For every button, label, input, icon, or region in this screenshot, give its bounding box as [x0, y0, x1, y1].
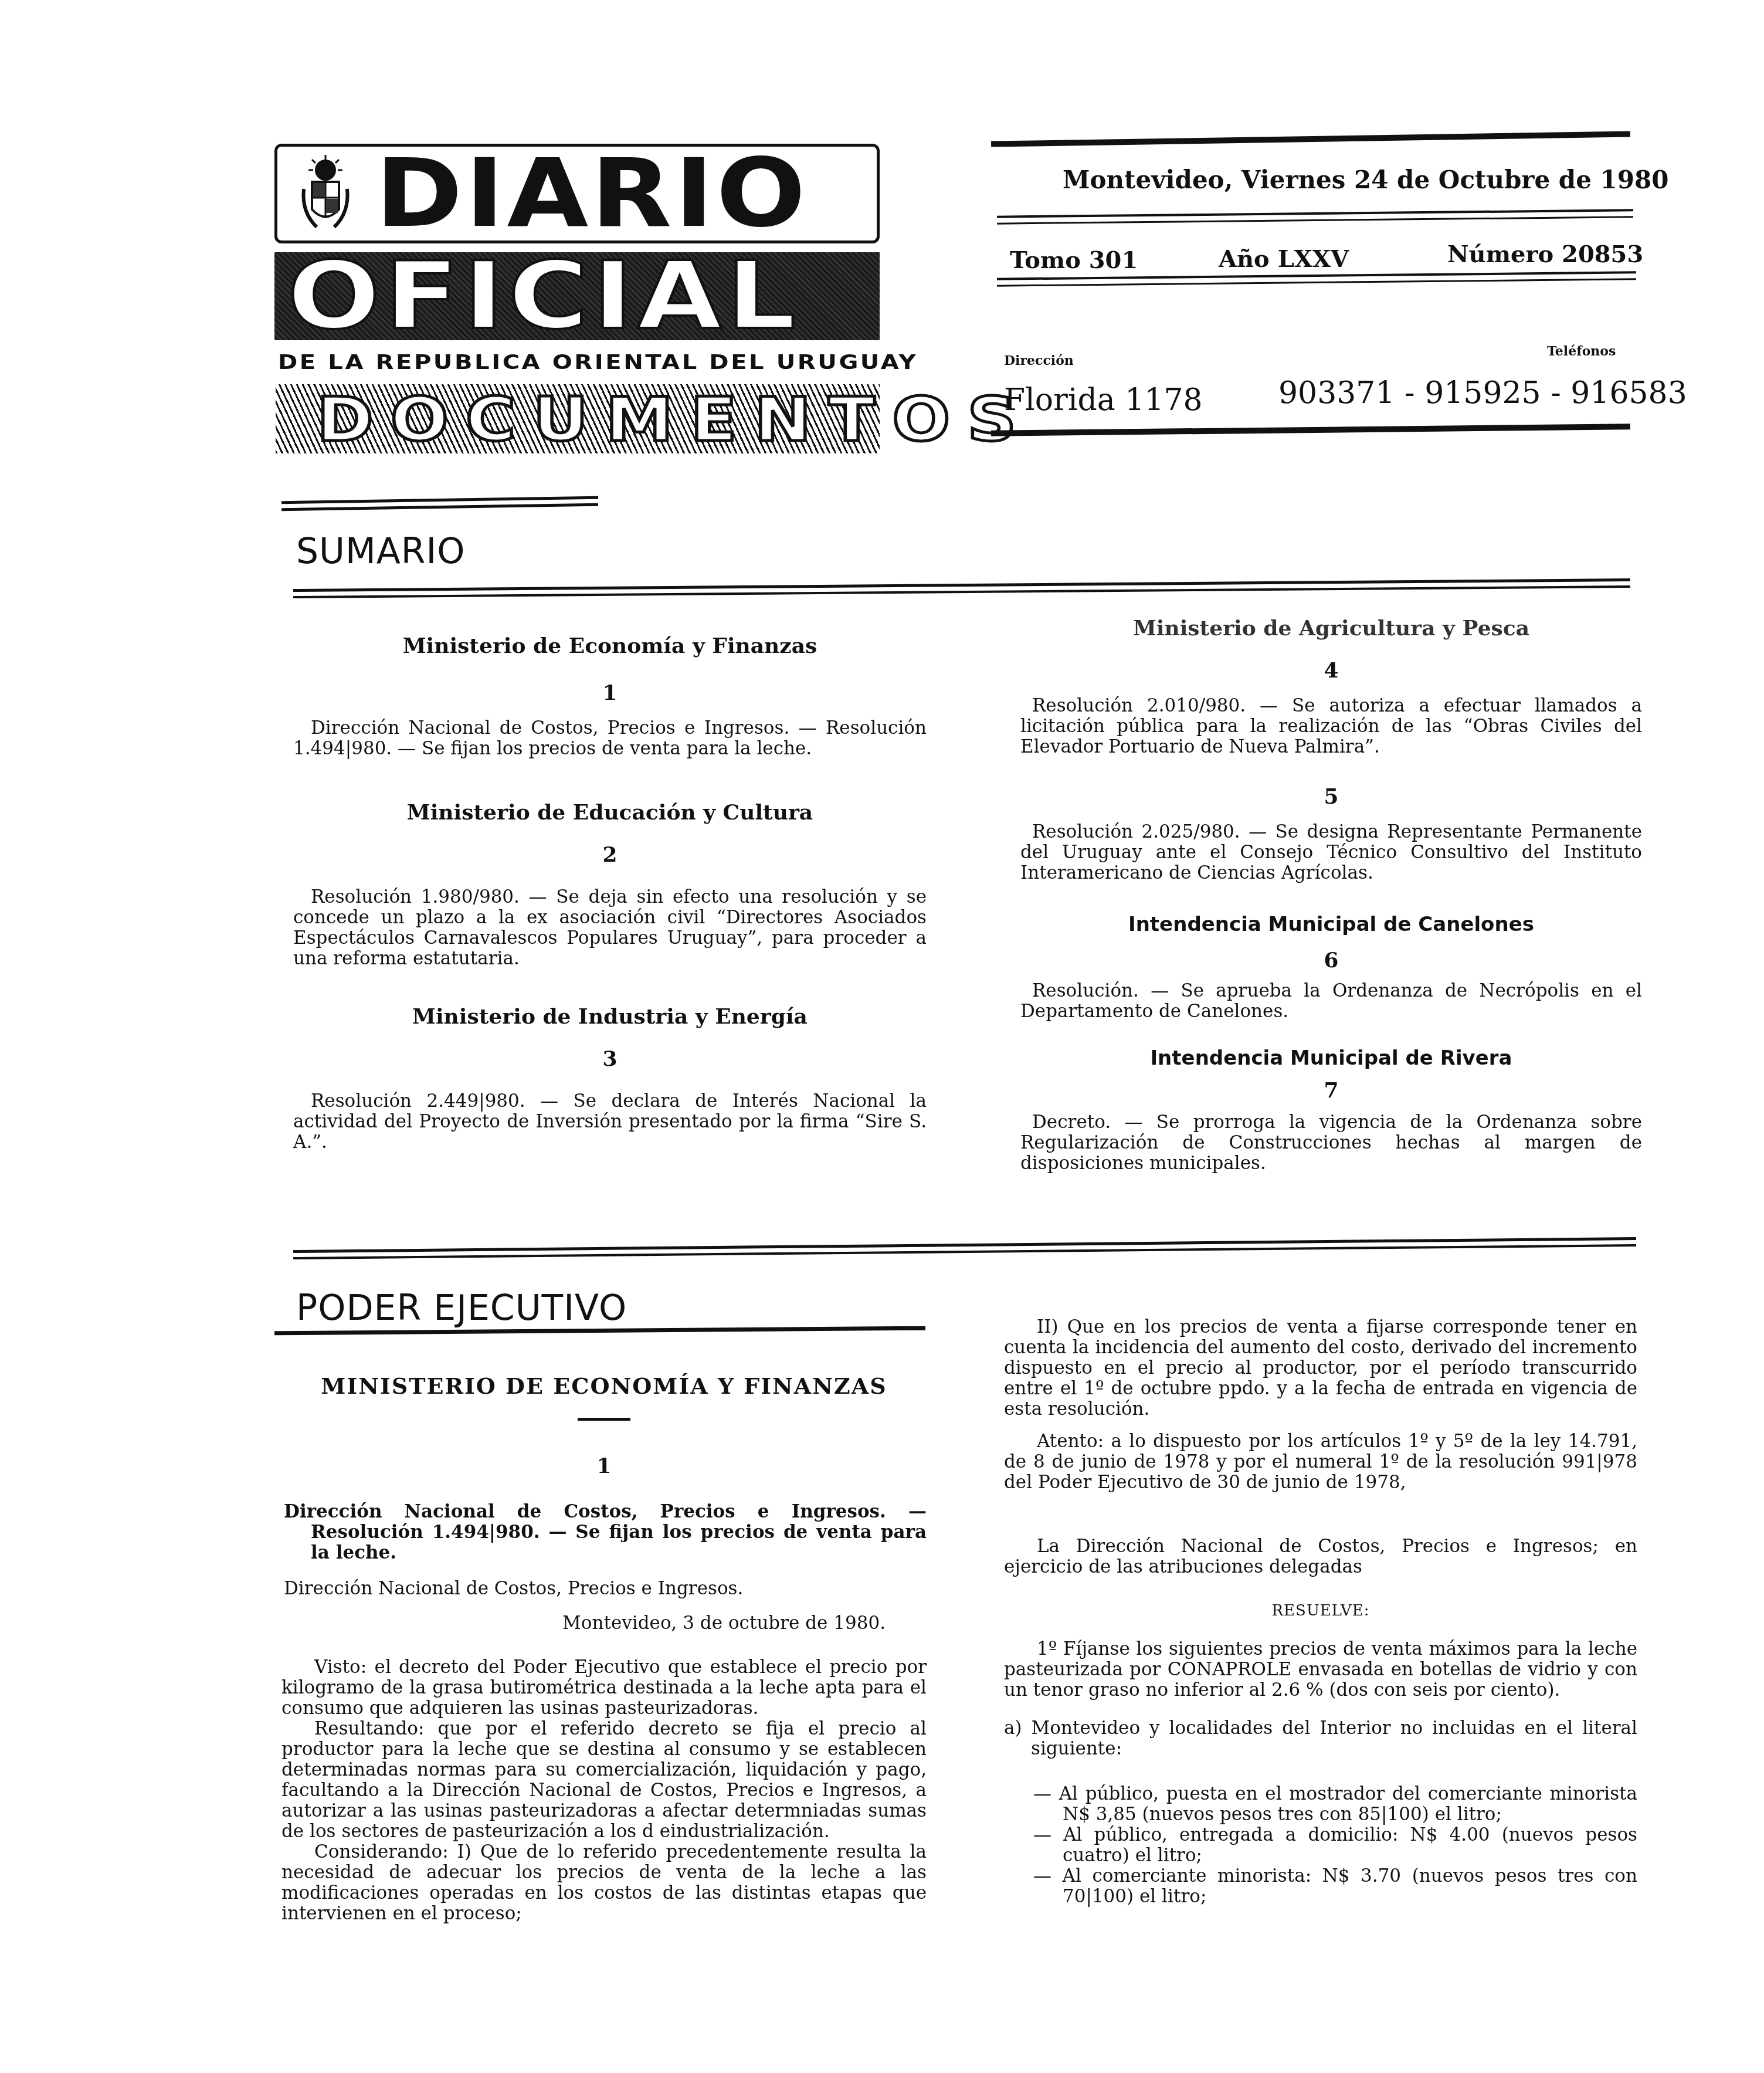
direccion-value: Florida 1178 [1004, 382, 1203, 418]
price-item: — Al comerciante minorista: N$ 3.70 (nue… [1033, 1866, 1637, 1907]
sumario-entry: Resolución 2.025/980. — Se designa Repre… [1020, 822, 1642, 883]
direccion-label: Dirección [1004, 353, 1074, 368]
sumario-left-column: Ministerio de Economía y Finanzas 1 Dire… [293, 634, 927, 1153]
masthead-title-diario: DIARIO [375, 147, 808, 241]
entry-number: 1 [293, 680, 927, 705]
issuer: Dirección Nacional de Costos, Precios e … [281, 1579, 927, 1599]
sumario-entry: Resolución. — Se aprueba la Ordenanza de… [1020, 981, 1642, 1022]
sumario-entry: Resolución 1.980/980. — Se deja sin efec… [293, 887, 927, 969]
ministry-heading: Ministerio de Educación y Cultura [293, 800, 927, 825]
poder-ejecutivo-title: PODER EJECUTIVO [296, 1288, 627, 1329]
tomo: Tomo 301 [1010, 246, 1138, 274]
ministry-heading: Intendencia Municipal de Rivera [1020, 1046, 1642, 1070]
ministry-heading: Ministerio de Agricultura y Pesca [1020, 616, 1642, 641]
price-item: — Al público, puesta en el mostrador del… [1033, 1784, 1637, 1825]
header-rule [997, 216, 1633, 224]
price-item: — Al público, entregada a domicilio: N$ … [1033, 1825, 1637, 1866]
sumario-top-rule [281, 496, 598, 504]
entry-number: 2 [293, 842, 927, 867]
visto-paragraph: Visto: el decreto del Poder Ejecutivo qu… [281, 1657, 927, 1719]
sumario-entry: Resolución 2.449|980. — Se declara de In… [293, 1091, 927, 1153]
telefonos-label: Teléfonos [1547, 344, 1616, 359]
atento-paragraph: Atento: a lo dispuesto por los artículos… [1004, 1431, 1637, 1493]
masthead-subtitle: DE LA REPUBLICA ORIENTAL DEL URUGUAY [278, 351, 918, 374]
pe-left-column: MINISTERIO DE ECONOMÍA Y FINANZAS 1 Dire… [281, 1373, 927, 1924]
price-list: — Al público, puesta en el mostrador del… [1004, 1784, 1637, 1907]
entry-number: 3 [293, 1046, 927, 1071]
resultando-paragraph: Resultando: que por el referido decreto … [281, 1719, 927, 1842]
masthead-title-oficial: OFICIAL [287, 249, 800, 343]
considerando-ii-paragraph: II) Que en los precios de venta a fijars… [1004, 1317, 1637, 1420]
sumario-entry: Dirección Nacional de Costos, Precios e … [293, 718, 927, 759]
entry-number: 7 [1020, 1078, 1642, 1103]
sumario-rule [293, 578, 1630, 592]
ministry-heading: Ministerio de Industria y Energía [293, 1004, 927, 1029]
header-rule [997, 278, 1636, 286]
entry-number: 1 [281, 1454, 927, 1478]
sumario-top-rule [281, 503, 598, 511]
masthead-section-banner: DOCUMENTOS [317, 387, 1033, 452]
ministry-heading: Intendencia Municipal de Canelones [1020, 913, 1642, 936]
resolution-heading: Dirección Nacional de Costos, Precios e … [281, 1502, 927, 1563]
entry-number: 6 [1020, 948, 1642, 973]
coat-of-arms-icon [299, 154, 352, 236]
entry-number: 4 [1020, 658, 1642, 683]
considerando-paragraph: Considerando: I) Que de lo referido prec… [281, 1842, 927, 1924]
article-1: 1º Fíjanse los siguientes precios de ven… [1004, 1639, 1637, 1701]
ministry-heading: Ministerio de Economía y Finanzas [293, 634, 927, 658]
header-top-rule [991, 131, 1630, 147]
header-bottom-rule [991, 424, 1630, 436]
place-date: Montevideo, 3 de octubre de 1980. [281, 1613, 927, 1634]
ministry-underline [578, 1418, 630, 1421]
anio: Año LXXV [1219, 245, 1349, 273]
telefonos-value: 903371 - 915925 - 916583 [1278, 375, 1687, 411]
sumario-right-column: Ministerio de Agricultura y Pesca 4 Reso… [1020, 616, 1642, 1174]
authority-paragraph: La Dirección Nacional de Costos, Precios… [1004, 1536, 1637, 1577]
pe-right-column: II) Que en los precios de venta a fijars… [1004, 1317, 1637, 1907]
ministry-heading: MINISTERIO DE ECONOMÍA Y FINANZAS [281, 1373, 927, 1399]
sumario-entry: Decreto. — Se prorroga la vigencia de la… [1020, 1112, 1642, 1174]
literal-a: a) Montevideo y localidades del Interior… [1004, 1718, 1637, 1759]
sumario-title: SUMARIO [296, 531, 465, 572]
entry-number: 5 [1020, 784, 1642, 809]
resuelve-label: RESUELVE: [1004, 1601, 1637, 1621]
issue-date: Montevideo, Viernes 24 de Octubre de 198… [1063, 165, 1668, 194]
sumario-entry: Resolución 2.010/980. — Se autoriza a ef… [1020, 696, 1642, 757]
numero: Número 20853 [1447, 241, 1643, 268]
